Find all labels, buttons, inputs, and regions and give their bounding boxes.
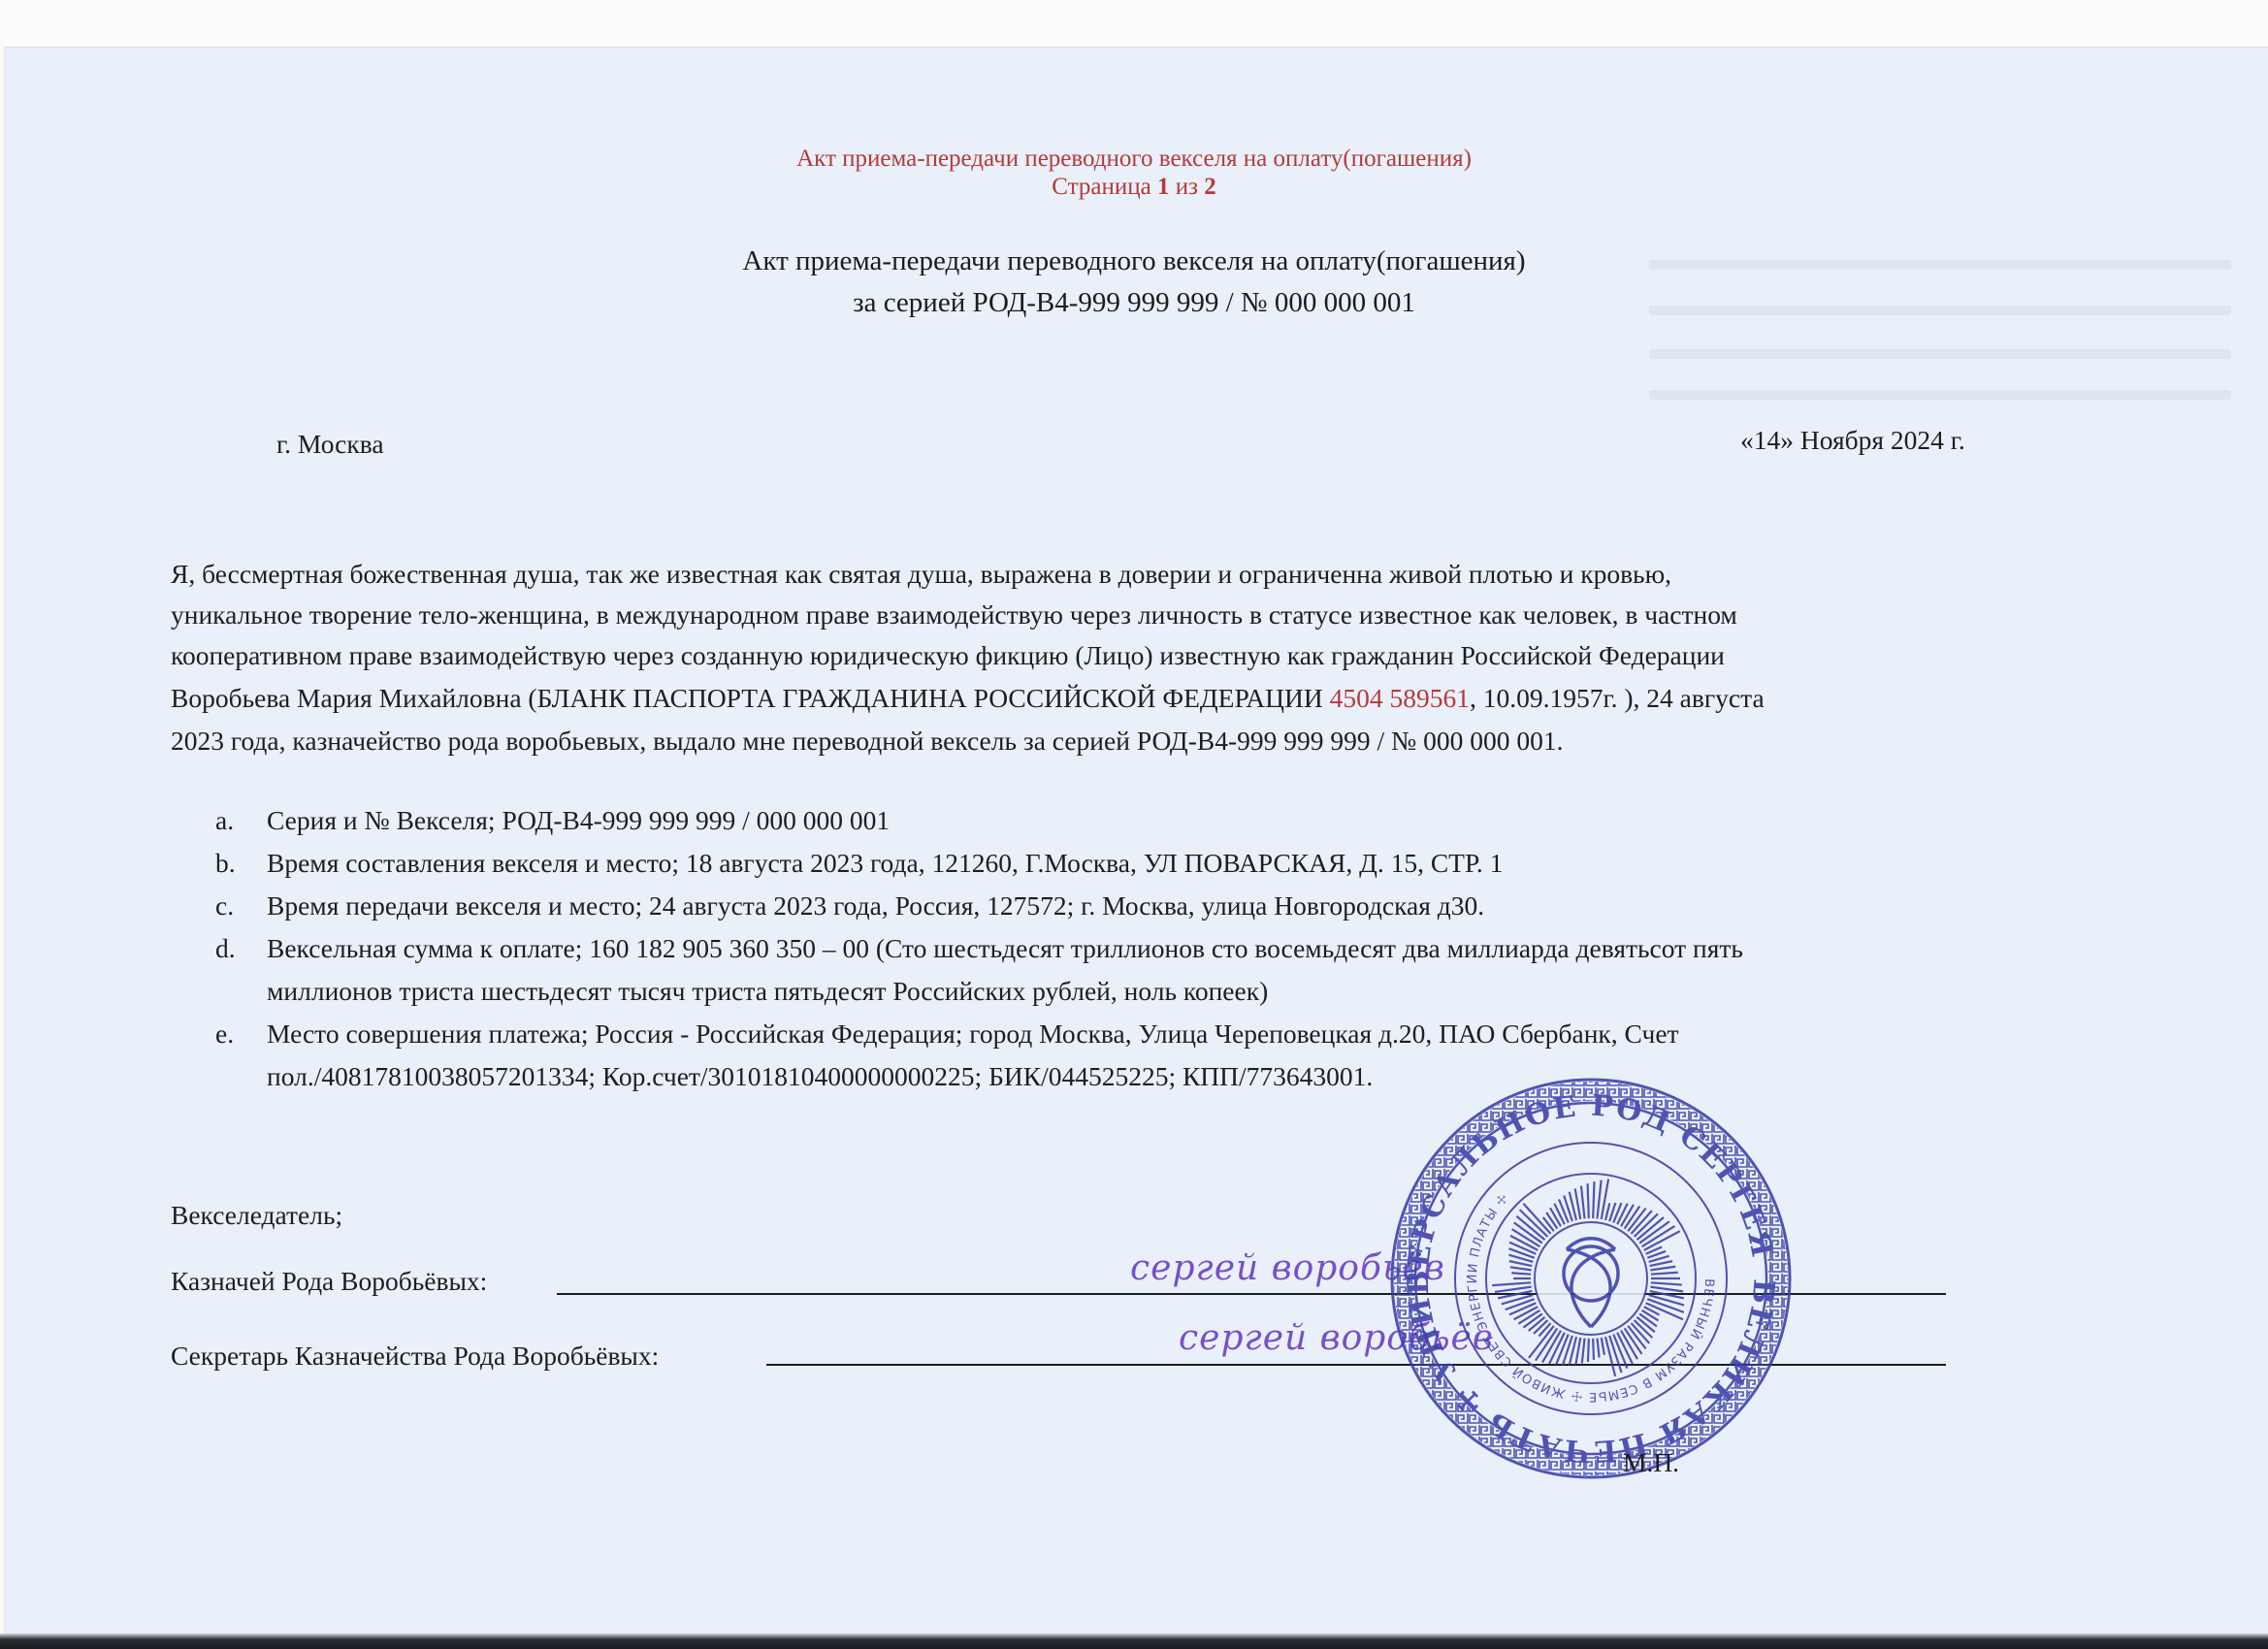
drawer-label: Векселедатель; — [171, 1202, 342, 1229]
list-item: Серия и № Векселя; РОД-В4-999 999 999 / … — [267, 807, 890, 834]
bleed-through-line — [1649, 390, 2231, 400]
list-item: Время составления векселя и место; 18 ав… — [267, 850, 1503, 877]
treasurer-label: Казначей Рода Воробьёвых: — [171, 1268, 487, 1295]
body-line: кооперативном праве взаимодействую через… — [171, 642, 1725, 669]
page-prefix: Страница — [1052, 174, 1150, 200]
city: г. Москва — [276, 431, 384, 458]
list-item: Вексельная сумма к оплате; 160 182 905 3… — [267, 935, 1743, 962]
list-item-letter: a. — [215, 807, 234, 834]
list-item: Время передачи векселя и место; 24 авгус… — [267, 892, 1484, 920]
document-date: «14» Ноября 2024 г. — [1740, 427, 1965, 454]
list-item: пол./40817810038057201334; Кор.счет/3010… — [267, 1063, 1373, 1090]
seal-stamp-icon: ВЕЛИКАЯ ПЕЧАТЬ ☩ УНИВЕРСАЛЬНОЕ РОД СЕРГЕ… — [1387, 1075, 1795, 1482]
list-item-letter: c. — [215, 892, 234, 920]
list-item: Место совершения платежа; Россия - Росси… — [267, 1020, 1679, 1048]
body-line: Я, бессмертная божественная душа, так же… — [171, 561, 1671, 588]
body-line: 2023 года, казначейство рода воробьевых,… — [171, 727, 1563, 755]
seal-mark: М.П. — [1623, 1449, 1679, 1476]
document-title: Акт приема-передачи переводного векселя … — [0, 247, 2268, 275]
secretary-label: Секретарь Казначейства Рода Воробьёвых: — [171, 1342, 659, 1370]
list-item-letter: e. — [215, 1020, 234, 1048]
banner-title: Акт приема-передачи переводного векселя … — [0, 146, 2268, 171]
body-text: , 10.09.1957г. ), 24 августа — [1470, 683, 1765, 713]
document-page — [4, 47, 2268, 1633]
passport-number: 4504 589561 — [1330, 683, 1470, 713]
body-text: Воробьева Мария Михайловна (БЛАНК ПАСПОР… — [171, 683, 1330, 713]
page-sep: из — [1176, 174, 1198, 200]
page-current: 1 — [1157, 174, 1170, 200]
bleed-through-line — [1649, 349, 2231, 359]
scan-bottom-edge — [0, 1633, 2268, 1649]
body-line: уникальное творение тело-женщина, в межд… — [171, 601, 1737, 629]
body-line: Воробьева Мария Михайловна (БЛАНК ПАСПОР… — [171, 685, 1765, 712]
list-item-letter: d. — [215, 935, 236, 962]
document-series: за серией РОД-В4-999 999 999 / № 000 000… — [0, 289, 2268, 317]
list-item-letter: b. — [215, 850, 236, 877]
page-total: 2 — [1204, 174, 1216, 200]
list-item: миллионов триста шестьдесят тысяч триста… — [267, 978, 1268, 1005]
page-indicator: Страница 1 из 2 — [0, 175, 2268, 199]
